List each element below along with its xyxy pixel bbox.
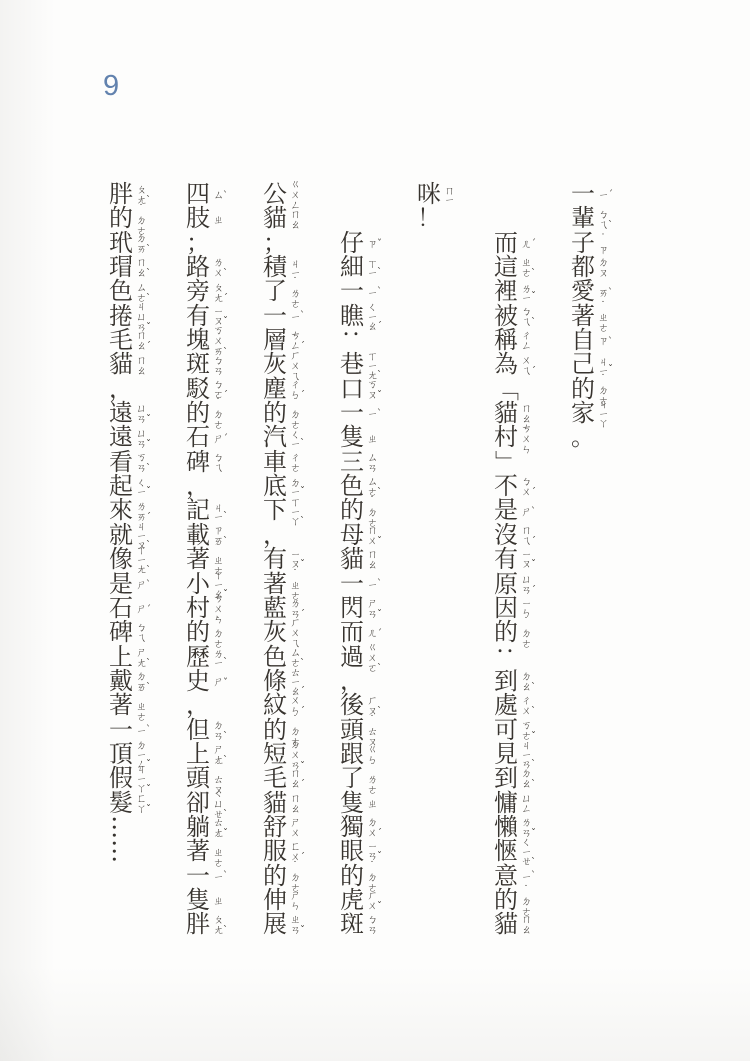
hanzi-glyph: 過 — [339, 645, 365, 669]
character-cell: 被ㄅㄟˋ — [493, 304, 539, 328]
zhuyin-annotation: ㄩㄢˊ — [520, 573, 531, 594]
zhuyin-annotation: ㄕˊ — [212, 432, 223, 443]
character-cell: 輩ㄅㄟˋ — [570, 206, 616, 230]
character-cell: 歷ㄌㄧˋ — [185, 645, 231, 669]
punctuation-glyph: ： — [340, 327, 364, 353]
zhuyin-annotation: ㄩㄢˇ — [135, 427, 146, 448]
hanzi-glyph: 隻 — [339, 425, 365, 449]
zhuyin-annotation: ㄒㄧˋ — [366, 258, 377, 277]
hanzi-glyph: 閃 — [339, 596, 365, 620]
hanzi-glyph: 了 — [339, 766, 365, 790]
hanzi-glyph: 一 — [570, 182, 596, 206]
zhuyin-tone-mark: ˋ — [220, 657, 231, 668]
character-cell: ： — [339, 328, 385, 352]
zhuyin-tone-mark: ˋ — [143, 580, 154, 591]
zhuyin-tone-mark: ˋ — [528, 780, 539, 791]
character-cell: 假ㄐㄧㄚˇ — [108, 766, 154, 790]
hanzi-glyph: 的 — [262, 401, 288, 425]
hanzi-glyph: 口 — [339, 377, 365, 401]
zhuyin-annotation: ㄎㄜˇ — [520, 719, 531, 740]
hanzi-glyph: 一 — [185, 864, 211, 888]
character-cell: 戴ㄉㄞˋ — [108, 669, 154, 693]
zhuyin-tone-mark: ˇ — [374, 610, 385, 621]
zhuyin-annotation: ㄌㄢˇ — [520, 817, 531, 838]
hanzi-glyph: 咪 — [416, 182, 442, 206]
zhuyin-annotation: ㄧㄡˇ — [520, 550, 531, 569]
hanzi-glyph: 一 — [108, 718, 134, 742]
character-cell: 灰ㄏㄨㄟ — [262, 620, 308, 644]
zhuyin-tone-mark: ˇ — [528, 560, 539, 571]
zhuyin-annotation: ㄇㄠ — [289, 792, 300, 813]
zhuyin-tone-mark: ˊ — [528, 239, 539, 250]
character-cell: 捲ㄐㄩㄢˇ — [108, 304, 154, 328]
character-cell: 子˙ㄗ — [570, 231, 616, 255]
punctuation-glyph: … — [109, 838, 133, 864]
zhuyin-tone-mark: ˇ — [220, 677, 231, 688]
hanzi-glyph: 著 — [262, 572, 288, 596]
character-cell: 史ㄕˇ — [185, 669, 231, 693]
zhuyin-annotation: ㄐㄧ — [289, 258, 300, 277]
zhuyin-tone-mark: ˋ — [143, 658, 154, 669]
hanzi-glyph: 載 — [185, 523, 211, 547]
character-cell: 了˙ㄌㄜ — [339, 766, 385, 790]
punctuation-glyph: ； — [262, 231, 288, 255]
character-cell: 細ㄒㄧˋ — [339, 255, 385, 279]
character-cell: 小ㄒㄧㄠˇ — [185, 572, 231, 596]
zhuyin-tone-mark: ˇ — [528, 292, 539, 303]
zhuyin-tone-mark: ˋ — [143, 725, 154, 736]
character-cell: 一ㄧˋ — [339, 572, 385, 596]
character-cell: 卻ㄑㄩㄝˋ — [185, 791, 231, 815]
punctuation-glyph: ！ — [416, 206, 442, 230]
hanzi-glyph: 的 — [185, 620, 211, 644]
zhuyin-annotation: ㄇㄠ — [520, 403, 531, 424]
zhuyin-annotation: ㄕㄨ — [289, 817, 300, 838]
character-cell: 都ㄉㄡ — [570, 255, 616, 279]
hanzi-glyph: 獨 — [339, 815, 365, 839]
zhuyin-annotation: ㄩㄢˇ — [135, 403, 146, 424]
hanzi-glyph: 色 — [339, 474, 365, 498]
zhuyin-tone-mark: ˋ — [220, 926, 231, 937]
text-column: 四ㄙˋ肢ㄓ；路ㄌㄨˋ旁ㄆㄤˊ有ㄧㄡˇ塊ㄎㄨㄞˋ斑ㄅㄢ駁ㄅㄛˊ的˙ㄉㄜ石ㄕˊ碑ㄅㄟ… — [185, 182, 231, 937]
hanzi-glyph: 原 — [493, 572, 519, 596]
zhuyin-tone-mark: ˋ — [220, 190, 231, 201]
hanzi-glyph: 戴 — [108, 669, 134, 693]
hanzi-glyph: 碑 — [108, 620, 134, 644]
hanzi-glyph: 頂 — [108, 742, 134, 766]
zhuyin-annotation: ㄇㄟˊ — [520, 524, 531, 545]
zhuyin-tone-mark: ˊ — [143, 342, 154, 353]
zhuyin-annotation: ㄑㄧㄝˋ — [520, 837, 531, 866]
hanzi-glyph: 層 — [262, 328, 288, 352]
hanzi-glyph: 後 — [339, 693, 365, 717]
hanzi-glyph: 而 — [493, 231, 519, 255]
zhuyin-annotation: ㄕˋ — [520, 505, 531, 516]
hanzi-glyph: 像 — [108, 547, 134, 571]
character-cell: 「 — [493, 377, 539, 401]
hanzi-glyph: 有 — [493, 547, 519, 571]
hanzi-glyph: 一 — [339, 572, 365, 596]
character-cell: 有ㄧㄡˇ — [493, 547, 539, 571]
zhuyin-annotation: ㄉㄢˋ — [212, 719, 223, 740]
character-cell: 來ㄌㄞˊ — [108, 498, 154, 522]
zhuyin-annotation: ㄎㄨㄞˋ — [212, 324, 223, 356]
zhuyin-annotation: ㄏㄨㄟ — [289, 617, 300, 649]
character-cell: 的˙ㄉㄜ — [493, 620, 539, 644]
hanzi-glyph: 的 — [339, 498, 365, 522]
character-cell: 著˙ㄓㄜ — [185, 547, 231, 571]
character-cell: 塵ㄔㄣˊ — [262, 377, 308, 401]
punctuation-glyph: ， — [339, 669, 365, 693]
zhuyin-annotation: ㄅㄟ — [135, 622, 146, 643]
character-cell: 的˙ㄉㄜ — [185, 401, 231, 425]
character-cell: 藍ㄌㄢˊ — [262, 596, 308, 620]
hanzi-glyph: 上 — [185, 742, 211, 766]
hanzi-glyph: 己 — [570, 352, 596, 376]
zhuyin-tone-mark: ˇ — [374, 902, 385, 913]
hanzi-glyph: 一 — [339, 279, 365, 303]
zhuyin-annotation: ㄎㄡˇ — [366, 378, 377, 399]
character-cell: 髮ㄈㄚˇ — [108, 791, 154, 815]
zhuyin-annotation: ㄧㄡˇ — [212, 306, 223, 325]
zhuyin-annotation: ㄐㄧㄚˇ — [135, 764, 146, 793]
hanzi-glyph: 瑁 — [108, 255, 134, 279]
zhuyin-tone-mark: ˇ — [143, 804, 154, 815]
character-cell: 的˙ㄉㄜ — [262, 718, 308, 742]
character-cell: 色ㄙㄜˋ — [108, 279, 154, 303]
text-block: 一ㄧˊ輩ㄅㄟˋ子˙ㄗ都ㄉㄡ愛ㄞˋ著˙ㄓㄜ自ㄗˋ己ㄐㄧˇ的˙ㄉㄜ家ㄐㄧㄚ。而ㄦˊ這… — [0, 0, 750, 1061]
zhuyin-tone-mark: ˇ — [297, 926, 308, 937]
zhuyin-tone-mark: ˇ — [374, 536, 385, 547]
zhuyin-annotation: ㄉㄠˋ — [520, 768, 531, 789]
character-cell: 記ㄐㄧˋ — [185, 498, 231, 522]
character-cell: ， — [339, 669, 385, 693]
zhuyin-annotation: ㄐㄩㄢˇ — [135, 300, 146, 332]
zhuyin-annotation: ㄆㄤˋ — [212, 914, 223, 935]
character-cell: 母ㄇㄨˇ — [339, 523, 385, 547]
character-cell: 起ㄑㄧˇ — [108, 474, 154, 498]
character-cell: 不ㄅㄨˊ — [493, 474, 539, 498]
character-cell: 的˙ㄉㄜ — [339, 864, 385, 888]
character-cell: 而ㄦˊ — [339, 620, 385, 644]
character-cell: 貓ㄇㄠ — [493, 912, 539, 936]
hanzi-glyph: 裡 — [493, 279, 519, 303]
zhuyin-annotation: ㄗˋ — [597, 335, 608, 346]
hanzi-glyph: 家 — [570, 401, 596, 425]
character-cell: 躺ㄊㄤˇ — [185, 815, 231, 839]
hanzi-glyph: 塊 — [185, 328, 211, 352]
zhuyin-tone-mark: ˇ — [374, 390, 385, 401]
character-cell: 色ㄙㄜˋ — [262, 645, 308, 669]
character-cell: 貓ㄇㄠ — [108, 352, 154, 376]
character-cell: 伸ㄕㄣ — [262, 888, 308, 912]
zhuyin-annotation: ㄦˊ — [520, 238, 531, 249]
hanzi-glyph: 展 — [262, 912, 288, 936]
zhuyin-annotation: ㄉㄨㄢˇ — [289, 738, 300, 770]
character-cell: 是ㄕˋ — [493, 498, 539, 522]
hanzi-glyph: 玳 — [108, 231, 134, 255]
character-cell: 愜ㄑㄧㄝˋ — [493, 839, 539, 863]
zhuyin-annotation: ㄏㄨㄟ — [289, 349, 300, 381]
zhuyin-annotation: ㄕㄢˇ — [366, 598, 377, 619]
hanzi-glyph: 是 — [493, 498, 519, 522]
zhuyin-tone-mark: ˇ — [374, 239, 385, 250]
zhuyin-annotation: ㄑㄧˋ — [289, 428, 300, 447]
hanzi-glyph: 石 — [185, 425, 211, 449]
zhuyin-tone-mark: ˋ — [220, 269, 231, 280]
character-cell: 處ㄔㄨˋ — [493, 693, 539, 717]
character-cell: 的˙ㄉㄜ — [339, 498, 385, 522]
hanzi-glyph: 但 — [185, 718, 211, 742]
punctuation-glyph: ， — [185, 693, 211, 717]
text-column: 而ㄦˊ這ㄓㄜˋ裡ㄌㄧˇ被ㄅㄟˋ稱ㄔㄥ為ㄨㄟˊ「貓ㄇㄠ村ㄘㄨㄣ」不ㄅㄨˊ是ㄕˋ沒ㄇ… — [493, 231, 539, 937]
character-cell: 因ㄧㄣ — [493, 596, 539, 620]
text-column: 胖ㄆㄤˋ的˙ㄉㄜ玳ㄉㄞˋ瑁ㄇㄠˋ色ㄙㄜˋ捲ㄐㄩㄢˇ毛ㄇㄠˊ貓ㄇㄠ，遠ㄩㄢˇ遠ㄩㄢ… — [108, 182, 154, 864]
character-cell: 著˙ㄓㄜ — [185, 839, 231, 863]
zhuyin-annotation: ㄐㄧㄢˋ — [520, 739, 531, 768]
zhuyin-annotation: ㄍㄨㄥ — [289, 178, 300, 210]
hanzi-glyph: 跟 — [339, 742, 365, 766]
zhuyin-tone-mark: ˋ — [374, 287, 385, 298]
hanzi-glyph: 捲 — [108, 304, 134, 328]
hanzi-glyph: 肢 — [185, 206, 211, 230]
character-cell: 路ㄌㄨˋ — [185, 255, 231, 279]
character-cell: 村ㄘㄨㄣ — [493, 425, 539, 449]
hanzi-glyph: 著 — [570, 304, 596, 328]
zhuyin-annotation: ㄧˋ — [366, 579, 377, 587]
zhuyin-annotation: ㄌㄞˊ — [135, 500, 146, 521]
character-cell: 遠ㄩㄢˇ — [108, 425, 154, 449]
character-cell: 瞧ㄑㄧㄠˊ — [339, 304, 385, 328]
character-cell: 旁ㄆㄤˊ — [185, 279, 231, 303]
hanzi-glyph: 遠 — [108, 425, 134, 449]
zhuyin-annotation: ㄇㄧ — [443, 185, 454, 204]
zhuyin-annotation: ㄞˋ — [597, 286, 608, 297]
zhuyin-annotation: ㄉㄧˇ — [289, 477, 300, 496]
character-cell: 為ㄨㄟˊ — [493, 352, 539, 376]
character-cell: 汽ㄑㄧˋ — [262, 425, 308, 449]
zhuyin-tone-mark: ˋ — [528, 707, 539, 718]
character-cell: 上ㄕㄤˋ — [185, 742, 231, 766]
punctuation-glyph: ： — [494, 644, 518, 670]
hanzi-glyph: 見 — [493, 742, 519, 766]
zhuyin-tone-mark: ˋ — [297, 311, 308, 322]
zhuyin-tone-mark: ˋ — [528, 683, 539, 694]
hanzi-glyph: 稱 — [493, 328, 519, 352]
hanzi-glyph: 路 — [185, 255, 211, 279]
punctuation-glyph: … — [109, 814, 133, 840]
character-cell: ！ — [416, 206, 462, 230]
hanzi-glyph: 頭 — [339, 718, 365, 742]
character-cell: 頭˙ㄊㄡ — [185, 766, 231, 790]
hanzi-glyph: 胖 — [108, 182, 134, 206]
punctuation-glyph: 「 — [494, 376, 518, 402]
hanzi-glyph: 條 — [262, 669, 288, 693]
zhuyin-annotation: ㄔㄨˋ — [520, 695, 531, 716]
character-cell: 閃ㄕㄢˇ — [339, 596, 385, 620]
hanzi-glyph: 貓 — [493, 912, 519, 936]
hanzi-glyph: 為 — [493, 352, 519, 376]
hanzi-glyph: 隻 — [339, 791, 365, 815]
text-column: 一ㄧˊ輩ㄅㄟˋ子˙ㄗ都ㄉㄡ愛ㄞˋ著˙ㄓㄜ自ㄗˋ己ㄐㄧˇ的˙ㄉㄜ家ㄐㄧㄚ。 — [570, 182, 616, 450]
zhuyin-annotation: ㄙㄜˋ — [135, 281, 146, 302]
character-cell: 沒ㄇㄟˊ — [493, 523, 539, 547]
hanzi-glyph: 假 — [108, 766, 134, 790]
zhuyin-tone-mark: ˋ — [143, 463, 154, 474]
zhuyin-tone-mark: ˊ — [297, 780, 308, 791]
punctuation-glyph: ， — [185, 474, 211, 498]
hanzi-glyph: 巷 — [339, 352, 365, 376]
character-cell: 貓ㄇㄠ — [262, 206, 308, 230]
zhuyin-annotation: ㄘㄥˊ — [289, 330, 300, 351]
zhuyin-annotation: ㄉㄡ — [597, 257, 608, 278]
character-cell: 積ㄐㄧ — [262, 255, 308, 279]
character-cell: 隻ㄓ — [339, 425, 385, 449]
zhuyin-annotation: ㄔㄜ — [289, 451, 300, 472]
hanzi-glyph: 塵 — [262, 377, 288, 401]
hanzi-glyph: 一 — [262, 304, 288, 328]
hanzi-glyph: 的 — [185, 401, 211, 425]
hanzi-glyph: 毛 — [108, 328, 134, 352]
hanzi-glyph: 的 — [570, 377, 596, 401]
zhuyin-annotation: ㄇㄨˇ — [366, 524, 377, 545]
hanzi-glyph: 貓 — [108, 352, 134, 376]
hanzi-glyph: 三 — [339, 450, 365, 474]
character-cell: ， — [185, 693, 231, 717]
character-cell: 斑ㄅㄢ — [339, 912, 385, 936]
character-cell: 眼ㄧㄢˇ — [339, 839, 385, 863]
zhuyin-annotation: ㄏㄨˇ — [366, 890, 377, 911]
zhuyin-tone-mark: ˊ — [605, 189, 616, 200]
zhuyin-annotation: ㄍㄨㄛˋ — [366, 641, 377, 673]
zhuyin-tone-mark: ˋ — [528, 507, 539, 518]
zhuyin-annotation: ㄒㄧㄤˋ — [366, 350, 377, 379]
hanzi-glyph: 母 — [339, 523, 365, 547]
hanzi-glyph: 了 — [262, 279, 288, 303]
text-column: 咪ㄇㄧ！ — [416, 182, 462, 231]
character-cell: 底ㄉㄧˇ — [262, 474, 308, 498]
character-cell: 展ㄓㄢˇ — [262, 912, 308, 936]
zhuyin-annotation: ㄅㄢ — [366, 914, 377, 935]
character-cell: 色ㄙㄜˋ — [339, 474, 385, 498]
character-cell: ； — [262, 231, 308, 255]
zhuyin-tone-mark: ˊ — [143, 604, 154, 615]
hanzi-glyph: 瞧 — [339, 304, 365, 328]
hanzi-glyph: 車 — [262, 450, 288, 474]
character-cell: 一ㄧˋ — [108, 718, 154, 742]
hanzi-glyph: 短 — [262, 742, 288, 766]
zhuyin-annotation: ㄩㄥ — [520, 792, 531, 813]
hanzi-glyph: 因 — [493, 596, 519, 620]
character-cell: 玳ㄉㄞˋ — [108, 231, 154, 255]
character-cell: 灰ㄏㄨㄟ — [262, 352, 308, 376]
character-cell: 咪ㄇㄧ — [416, 182, 462, 206]
character-cell: 過ㄍㄨㄛˋ — [339, 645, 385, 669]
zhuyin-tone-mark: ˋ — [220, 731, 231, 742]
zhuyin-annotation: ㄎㄢˋ — [135, 451, 146, 472]
hanzi-glyph: 灰 — [262, 352, 288, 376]
zhuyin-tone-mark: ˇ — [143, 487, 154, 498]
character-cell: 裡ㄌㄧˇ — [493, 279, 539, 303]
character-cell: 而ㄦˊ — [493, 231, 539, 255]
character-cell: 仔ㄗˇ — [339, 231, 385, 255]
zhuyin-annotation: ㄓ — [212, 213, 223, 224]
character-cell: 愛ㄞˋ — [570, 279, 616, 303]
character-cell: 駁ㄅㄛˊ — [185, 377, 231, 401]
hanzi-glyph: 藍 — [262, 596, 288, 620]
zhuyin-annotation: ㄒㄧㄚˋ — [289, 496, 300, 525]
zhuyin-annotation: ㄧˋ — [366, 287, 377, 295]
punctuation-glyph: ； — [185, 231, 211, 255]
zhuyin-annotation: ㄙㄢ — [366, 451, 377, 472]
character-cell: 一ㄧˊ — [570, 182, 616, 206]
hanzi-glyph: 不 — [493, 474, 519, 498]
hanzi-glyph: 的 — [262, 718, 288, 742]
hanzi-glyph: 髮 — [108, 791, 134, 815]
hanzi-glyph: 服 — [262, 839, 288, 863]
hanzi-glyph: 貓 — [262, 206, 288, 230]
character-cell: … — [108, 815, 154, 839]
zhuyin-annotation: ㄅㄟˋ — [520, 305, 531, 326]
zhuyin-annotation: ㄌㄧˋ — [212, 647, 223, 666]
character-cell: 就ㄐㄧㄡˋ — [108, 523, 154, 547]
character-cell: 石ㄕˊ — [185, 425, 231, 449]
punctuation-glyph: ， — [108, 377, 134, 401]
character-cell: 層ㄘㄥˊ — [262, 328, 308, 352]
character-cell: 紋ㄨㄣˊ — [262, 693, 308, 717]
hanzi-glyph: 村 — [185, 596, 211, 620]
character-cell: 巷ㄒㄧㄤˋ — [339, 352, 385, 376]
character-cell: 下ㄒㄧㄚˋ — [262, 498, 308, 522]
character-cell: 。 — [570, 425, 616, 449]
character-cell: 碑ㄅㄟ — [185, 450, 231, 474]
hanzi-glyph: 躺 — [185, 815, 211, 839]
hanzi-glyph: 虎 — [339, 888, 365, 912]
character-cell: ， — [262, 523, 308, 547]
text-column: 仔ㄗˇ細ㄒㄧˋ一ㄧˋ瞧ㄑㄧㄠˊ：巷ㄒㄧㄤˋ口ㄎㄡˇ一ㄧˋ隻ㄓ三ㄙㄢ色ㄙㄜˋ的˙ㄉ… — [339, 231, 385, 937]
zhuyin-tone-mark: ˇ — [143, 415, 154, 426]
hanzi-glyph: 史 — [185, 669, 211, 693]
hanzi-glyph: 記 — [185, 498, 211, 522]
hanzi-glyph: 色 — [262, 645, 288, 669]
character-cell: 貓ㄇㄠ — [262, 791, 308, 815]
character-cell: 了˙ㄌㄜ — [262, 279, 308, 303]
hanzi-glyph: 碑 — [185, 450, 211, 474]
character-cell: 胖ㄆㄤˋ — [185, 912, 231, 936]
hanzi-glyph: 下 — [262, 498, 288, 522]
hanzi-glyph: 四 — [185, 182, 211, 206]
zhuyin-annotation: ㄧˋ — [212, 872, 223, 880]
hanzi-glyph: 歷 — [185, 645, 211, 669]
zhuyin-annotation: ㄨㄟˊ — [520, 354, 531, 375]
character-cell: 四ㄙˋ — [185, 182, 231, 206]
zhuyin-tone-mark: ˊ — [528, 366, 539, 377]
zhuyin-annotation: ㄇㄠˊ — [289, 768, 300, 789]
zhuyin-annotation: ㄧˋ — [520, 872, 531, 880]
character-cell: ： — [493, 645, 539, 669]
character-cell: 塊ㄎㄨㄞˋ — [185, 328, 231, 352]
character-cell: 原ㄩㄢˊ — [493, 572, 539, 596]
character-cell: 稱ㄔㄥ — [493, 328, 539, 352]
hanzi-glyph: 小 — [185, 572, 211, 596]
character-cell: 石ㄕˊ — [108, 596, 154, 620]
hanzi-glyph: 到 — [493, 669, 519, 693]
zhuyin-annotation: ㄅㄨˊ — [520, 476, 531, 497]
character-cell: ， — [108, 377, 154, 401]
zhuyin-annotation: ㄕˇ — [212, 676, 223, 687]
hanzi-glyph: 石 — [108, 596, 134, 620]
hanzi-glyph: 意 — [493, 864, 519, 888]
